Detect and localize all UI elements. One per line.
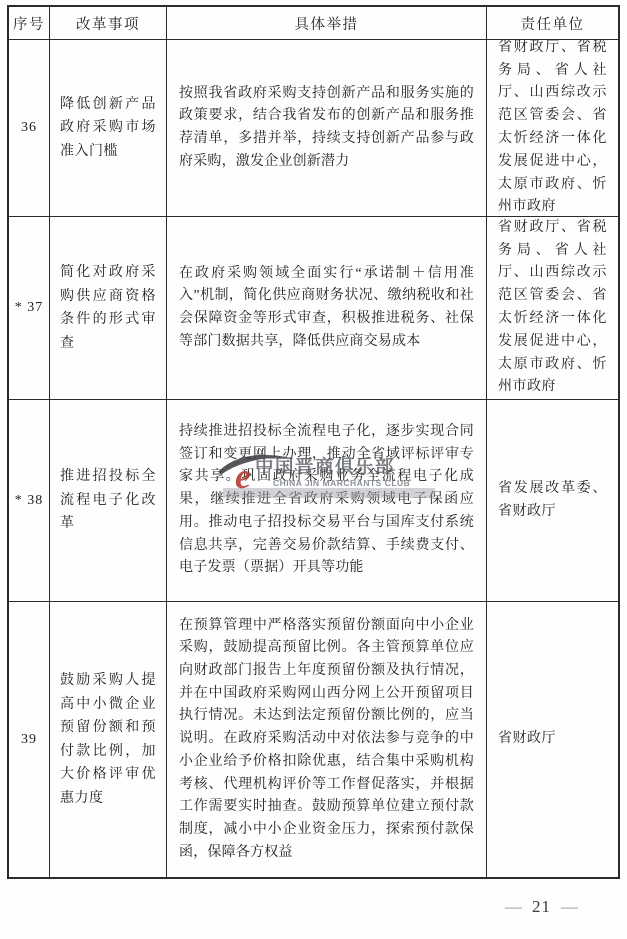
- row-38-item-cell: 推进招投标全流程电子化改革: [50, 400, 167, 602]
- row-36-unit-cell: 省财政厅、省税务局、省人社厅、山西综改示范区管委会、省太忻经济一体化发展促进中心…: [487, 40, 618, 217]
- header-responsible-unit: 责任单位: [487, 7, 618, 40]
- row-37-item-text: 简化对政府采购供应商资格条件的形式审查: [60, 261, 156, 355]
- row-36-number: 36: [21, 120, 37, 136]
- row-39-unit-text: 省财政厅: [498, 728, 607, 751]
- row-37-item-cell: 简化对政府采购供应商资格条件的形式审查: [50, 217, 167, 400]
- row-36-measures-text: 按照我省政府采购支持创新产品和服务实施的政策要求，结合我省发布的创新产品和服务推…: [179, 83, 474, 174]
- header-reform-item: 改革事项: [50, 7, 167, 40]
- row-38-number: * 38: [15, 493, 44, 509]
- header-seq-number: 序号: [9, 7, 50, 40]
- header-measures-label: 具体举措: [167, 13, 486, 34]
- page-footer: — 21 —: [505, 897, 578, 917]
- reform-table: 序号 改革事项 具体举措 责任单位 36 降低创新产品政府采购市场准入门槛 按照…: [7, 5, 620, 879]
- header-responsible-unit-label: 责任单位: [487, 13, 618, 34]
- row-39-number: 39: [21, 732, 37, 748]
- row-36-item-cell: 降低创新产品政府采购市场准入门槛: [50, 40, 167, 217]
- row-39-number-cell: 39: [9, 602, 50, 877]
- row-37-unit-text: 省财政厅、省税务局、省人社厅、山西综改示范区管委会、省太忻经济一体化发展促进中心…: [498, 217, 607, 399]
- row-38-unit-text: 省发展改革委、省财政厅: [498, 478, 607, 524]
- row-36-item-text: 降低创新产品政府采购市场准入门槛: [60, 93, 156, 164]
- header-measures: 具体举措: [167, 7, 487, 40]
- row-37-measures-cell: 在政府采购领域全面实行“承诺制＋信用准入”机制，简化供应商财务状况、缴纳税收和社…: [167, 217, 487, 400]
- row-39-item-text: 鼓励采购人提高中小微企业预留份额和预付款比例，加大价格评审优惠力度: [60, 669, 156, 810]
- row-38-measures-cell: 持续推进招投标全流程电子化，逐步实现合同签订和变更网上办理，推动全省域评标评审专…: [167, 400, 487, 602]
- header-reform-item-label: 改革事项: [50, 13, 166, 34]
- row-37-measures-text: 在政府采购领域全面实行“承诺制＋信用准入”机制，简化供应商财务状况、缴纳税收和社…: [179, 263, 474, 354]
- row-36-measures-cell: 按照我省政府采购支持创新产品和服务实施的政策要求，结合我省发布的创新产品和服务推…: [167, 40, 487, 217]
- row-38-measures-text: 持续推进招投标全流程电子化，逐步实现合同签订和变更网上办理，推动全省域评标评审专…: [179, 421, 474, 580]
- page-number: 21: [532, 897, 551, 917]
- row-39-measures-cell: 在预算管理中严格落实预留份额面向中小企业采购，鼓励提高预留比例。各主管预算单位应…: [167, 602, 487, 877]
- row-36-unit-text: 省财政厅、省税务局、省人社厅、山西综改示范区管委会、省太忻经济一体化发展促进中心…: [498, 40, 607, 217]
- row-37-unit-cell: 省财政厅、省税务局、省人社厅、山西综改示范区管委会、省太忻经济一体化发展促进中心…: [487, 217, 618, 400]
- footer-dash-right: —: [561, 897, 578, 917]
- header-seq-number-label: 序号: [9, 13, 49, 34]
- document-page: 序号 改革事项 具体举措 责任单位 36 降低创新产品政府采购市场准入门槛 按照…: [0, 0, 627, 939]
- row-38-unit-cell: 省发展改革委、省财政厅: [487, 400, 618, 602]
- row-38-number-cell: * 38: [9, 400, 50, 602]
- row-36-number-cell: 36: [9, 40, 50, 217]
- row-39-item-cell: 鼓励采购人提高中小微企业预留份额和预付款比例，加大价格评审优惠力度: [50, 602, 167, 877]
- row-37-number: * 37: [15, 300, 44, 316]
- row-37-number-cell: * 37: [9, 217, 50, 400]
- row-39-unit-cell: 省财政厅: [487, 602, 618, 877]
- footer-dash-left: —: [505, 897, 522, 917]
- row-39-measures-text: 在预算管理中严格落实预留份额面向中小企业采购，鼓励提高预留比例。各主管预算单位应…: [179, 615, 474, 865]
- row-38-item-text: 推进招投标全流程电子化改革: [60, 465, 156, 536]
